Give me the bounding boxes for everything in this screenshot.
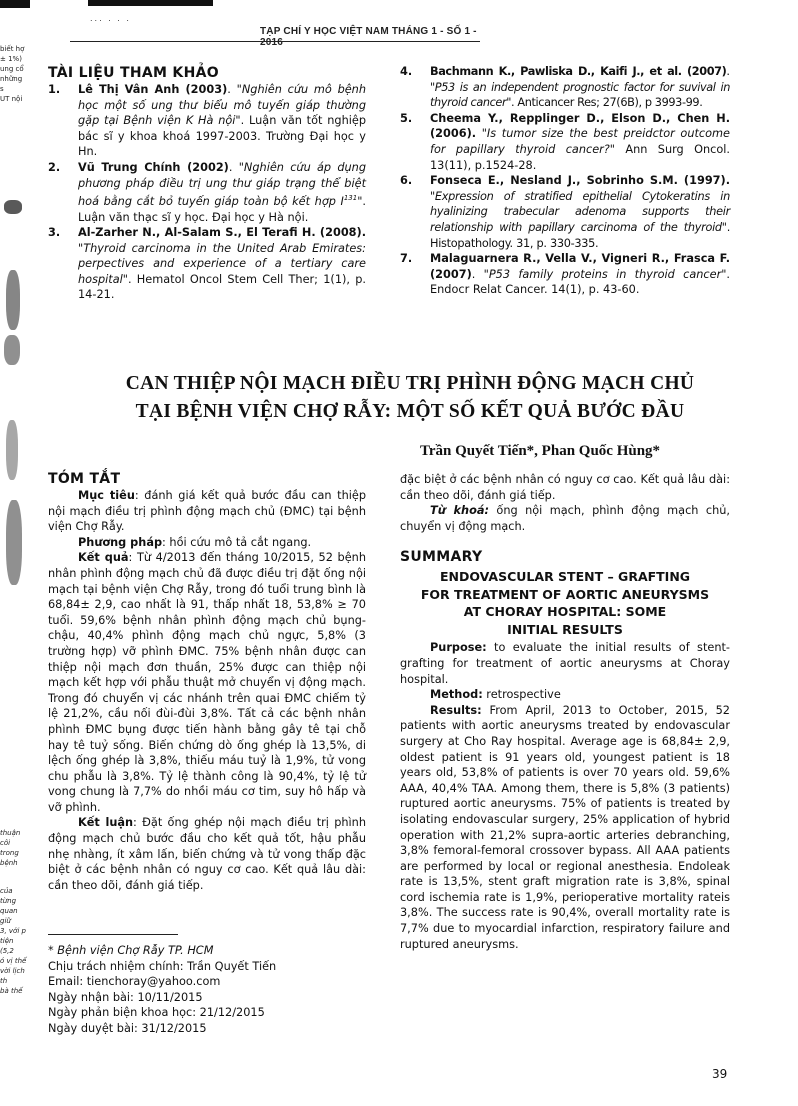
reference-number: 3. — [48, 225, 60, 241]
summary-title-line: FOR TREATMENT OF AORTIC ANEURYSMS — [400, 586, 730, 604]
margin-fragment: 3, với p — [0, 926, 28, 936]
reference-authors: Lê Thị Vân Anh (2003) — [78, 83, 227, 96]
footnote-rule — [48, 934, 178, 935]
results-label: Kết quả — [78, 551, 129, 564]
abstract-results: Kết quả: Từ 4/2013 đến tháng 10/2015, 52… — [48, 550, 366, 815]
reference-item: 4.Bachmann K., Pawliska D., Kaifi J., et… — [400, 64, 730, 111]
references-right-column: 4.Bachmann K., Pawliska D., Kaifi J., et… — [400, 64, 730, 298]
scan-artifact-top-bar — [88, 0, 213, 6]
reference-item: 3.Al-Zarher N., Al-Salam S., El Terafi H… — [48, 225, 366, 303]
article-authors: Trần Quyết Tiến*, Phan Quốc Hùng* — [420, 443, 660, 460]
margin-fragments-top: biết hợ ± 1%) ung cổ những s UT nội — [0, 44, 28, 104]
reference-number: 5. — [400, 111, 412, 127]
reference-number: 7. — [400, 251, 412, 267]
abstract-conclusion: Kết luận: Đặt ống ghép nội mạch điều trị… — [48, 815, 366, 893]
conclusion-label: Kết luận — [78, 816, 133, 829]
objective-label: Mục tiêu — [78, 489, 135, 502]
references-heading: TÀI LIỆU THAM KHẢO — [48, 64, 366, 82]
margin-fragment: bà thế — [0, 986, 28, 996]
footnote: * Bệnh viện Chợ Rẫy TP. HCM Chịu trách n… — [48, 943, 366, 1037]
reference-item: 7.Malaguarnera R., Vella V., Vigneri R.,… — [400, 251, 730, 298]
footnote-email: Email: tienchoray@yahoo.com — [48, 974, 366, 990]
abstract-keywords: Từ khoá: ống nội mạch, phình động mạch c… — [400, 503, 730, 534]
summary-method-label: Method: — [430, 688, 483, 701]
abstract-vi-column: TÓM TẮT Mục tiêu: đánh giá kết quả bước … — [48, 470, 366, 893]
margin-fragment: của từng — [0, 886, 28, 906]
reference-sep: . — [227, 83, 236, 96]
margin-fragment: trong bệnh — [0, 848, 28, 868]
reference-authors: Bachmann K., Pawliska D., Kaifi J., et a… — [430, 65, 726, 78]
margin-fragment: vời lịch th — [0, 966, 28, 986]
running-header-title: TẠP CHÍ Y HỌC VIỆT NAM THÁNG 1 - SỐ 1 - … — [260, 26, 480, 48]
reference-title: "P53 family proteins in thyroid cancer" — [484, 268, 727, 281]
footnote-accepted-date: Ngày duyệt bài: 31/12/2015 — [48, 1021, 366, 1037]
reference-source: . Anticancer Res; 27(6B), p 3993-99. — [511, 96, 702, 109]
summary-title-line: AT CHORAY HOSPITAL: SOME — [400, 603, 730, 621]
article-title-line-2: TẠI BỆNH VIỆN CHỢ RẪY: MỘT SỐ KẾT QUẢ BƯ… — [60, 398, 760, 426]
abstract-right-column: đặc biệt ở các bệnh nhân có nguy cơ cao.… — [400, 472, 730, 952]
summary-results: Results: From April, 2013 to October, 20… — [400, 703, 730, 953]
article-title-line-1: CAN THIỆP NỘI MẠCH ĐIỀU TRỊ PHÌNH ĐỘNG M… — [60, 370, 760, 398]
margin-fragment: ± 1%) — [0, 54, 28, 64]
summary-results-text: From April, 2013 to October, 2015, 52 pa… — [400, 704, 730, 951]
summary-results-label: Results: — [430, 704, 482, 717]
method-label: Phương pháp — [78, 536, 162, 549]
footnote-affiliation: * Bệnh viện Chợ Rẫy TP. HCM — [48, 943, 366, 959]
footnote-responsible: Chịu trách nhiệm chính: Trần Quyết Tiến — [48, 959, 366, 975]
footnote-reviewed-date: Ngày phản biện khoa học: 21/12/2015 — [48, 1005, 366, 1021]
reference-item: 6.Fonseca E., Nesland J., Sobrinho S.M. … — [400, 173, 730, 251]
margin-fragment: thuận côi — [0, 828, 28, 848]
margin-fragment: quan giữ — [0, 906, 28, 926]
margin-fragment: UT nội — [0, 94, 28, 104]
reference-item: 2.Vũ Trung Chính (2002). "Nghiên cứu áp … — [48, 160, 366, 225]
margin-fragment: ung cổ — [0, 64, 28, 74]
scan-blot — [6, 500, 22, 585]
purpose-label: Purpose: — [430, 641, 487, 654]
page-number: 39 — [712, 1067, 727, 1081]
abstract-heading: TÓM TẮT — [48, 470, 366, 488]
reference-number: 4. — [400, 64, 412, 80]
scan-top-mark: ... . . . — [90, 14, 131, 23]
reference-item: 5.Cheema Y., Repplinger D., Elson D., Ch… — [400, 111, 730, 173]
scan-blot — [6, 270, 20, 330]
reference-sep: . — [472, 268, 484, 281]
article-title: CAN THIỆP NỘI MẠCH ĐIỀU TRỊ PHÌNH ĐỘNG M… — [60, 370, 760, 426]
summary-purpose: Purpose: to evaluate the initial results… — [400, 640, 730, 687]
reference-sep: . — [726, 65, 730, 78]
summary-method-text: retrospective — [483, 688, 561, 701]
reference-number: 1. — [48, 82, 60, 98]
abstract-objective: Mục tiêu: đánh giá kết quả bước đầu can … — [48, 488, 366, 535]
running-header: TẠP CHÍ Y HỌC VIỆT NAM THÁNG 1 - SỐ 1 - … — [70, 26, 480, 42]
reference-item: 1.Lê Thị Vân Anh (2003). "Nghiên cứu mô … — [48, 82, 366, 160]
reference-authors: Vũ Trung Chính (2002) — [78, 161, 229, 174]
summary-title-line: INITIAL RESULTS — [400, 621, 730, 639]
margin-fragment: những s — [0, 74, 28, 94]
reference-number: 2. — [48, 160, 60, 176]
reference-authors: Fonseca E., Nesland J., Sobrinho S.M. (1… — [430, 174, 730, 187]
reference-title: "Expression of stratified epithelial Cyt… — [430, 190, 730, 234]
references-left-column: TÀI LIỆU THAM KHẢO 1.Lê Thị Vân Anh (200… — [48, 64, 366, 303]
results-text: : Từ 4/2013 đến tháng 10/2015, 52 bệnh n… — [48, 551, 366, 814]
margin-fragment: biết hợ — [0, 44, 28, 54]
summary-heading: SUMMARY — [400, 548, 730, 566]
footnote-received-date: Ngày nhận bài: 10/11/2015 — [48, 990, 366, 1006]
scan-blot — [6, 420, 18, 480]
reference-number: 6. — [400, 173, 412, 189]
margin-fragments-bottom: thuận côi trong bệnh của từng quan giữ 3… — [0, 828, 28, 996]
scan-blot — [4, 200, 22, 214]
summary-title-line: ENDOVASCULAR STENT – GRAFTING — [400, 568, 730, 586]
scan-artifact-top-left — [0, 0, 30, 8]
abstract-method: Phương pháp: hồi cứu mô tả cắt ngang. — [48, 535, 366, 551]
summary-title: ENDOVASCULAR STENT – GRAFTING FOR TREATM… — [400, 568, 730, 638]
footnote-block: * Bệnh viện Chợ Rẫy TP. HCM Chịu trách n… — [48, 934, 366, 1037]
scan-blot — [4, 335, 20, 365]
conclusion-continued: đặc biệt ở các bệnh nhân có nguy cơ cao.… — [400, 472, 730, 503]
reference-sep: . — [229, 161, 239, 174]
summary-method: Method: retrospective — [400, 687, 730, 703]
margin-fragment: tiện (5,2 — [0, 936, 28, 956]
margin-fragment: ó vị thế — [0, 956, 28, 966]
method-text: : hồi cứu mô tả cắt ngang. — [162, 536, 311, 549]
reference-superscript: 131 — [344, 194, 357, 202]
keywords-label: Từ khoá: — [430, 504, 489, 517]
reference-authors: Al-Zarher N., Al-Salam S., El Terafi H. … — [78, 226, 366, 239]
